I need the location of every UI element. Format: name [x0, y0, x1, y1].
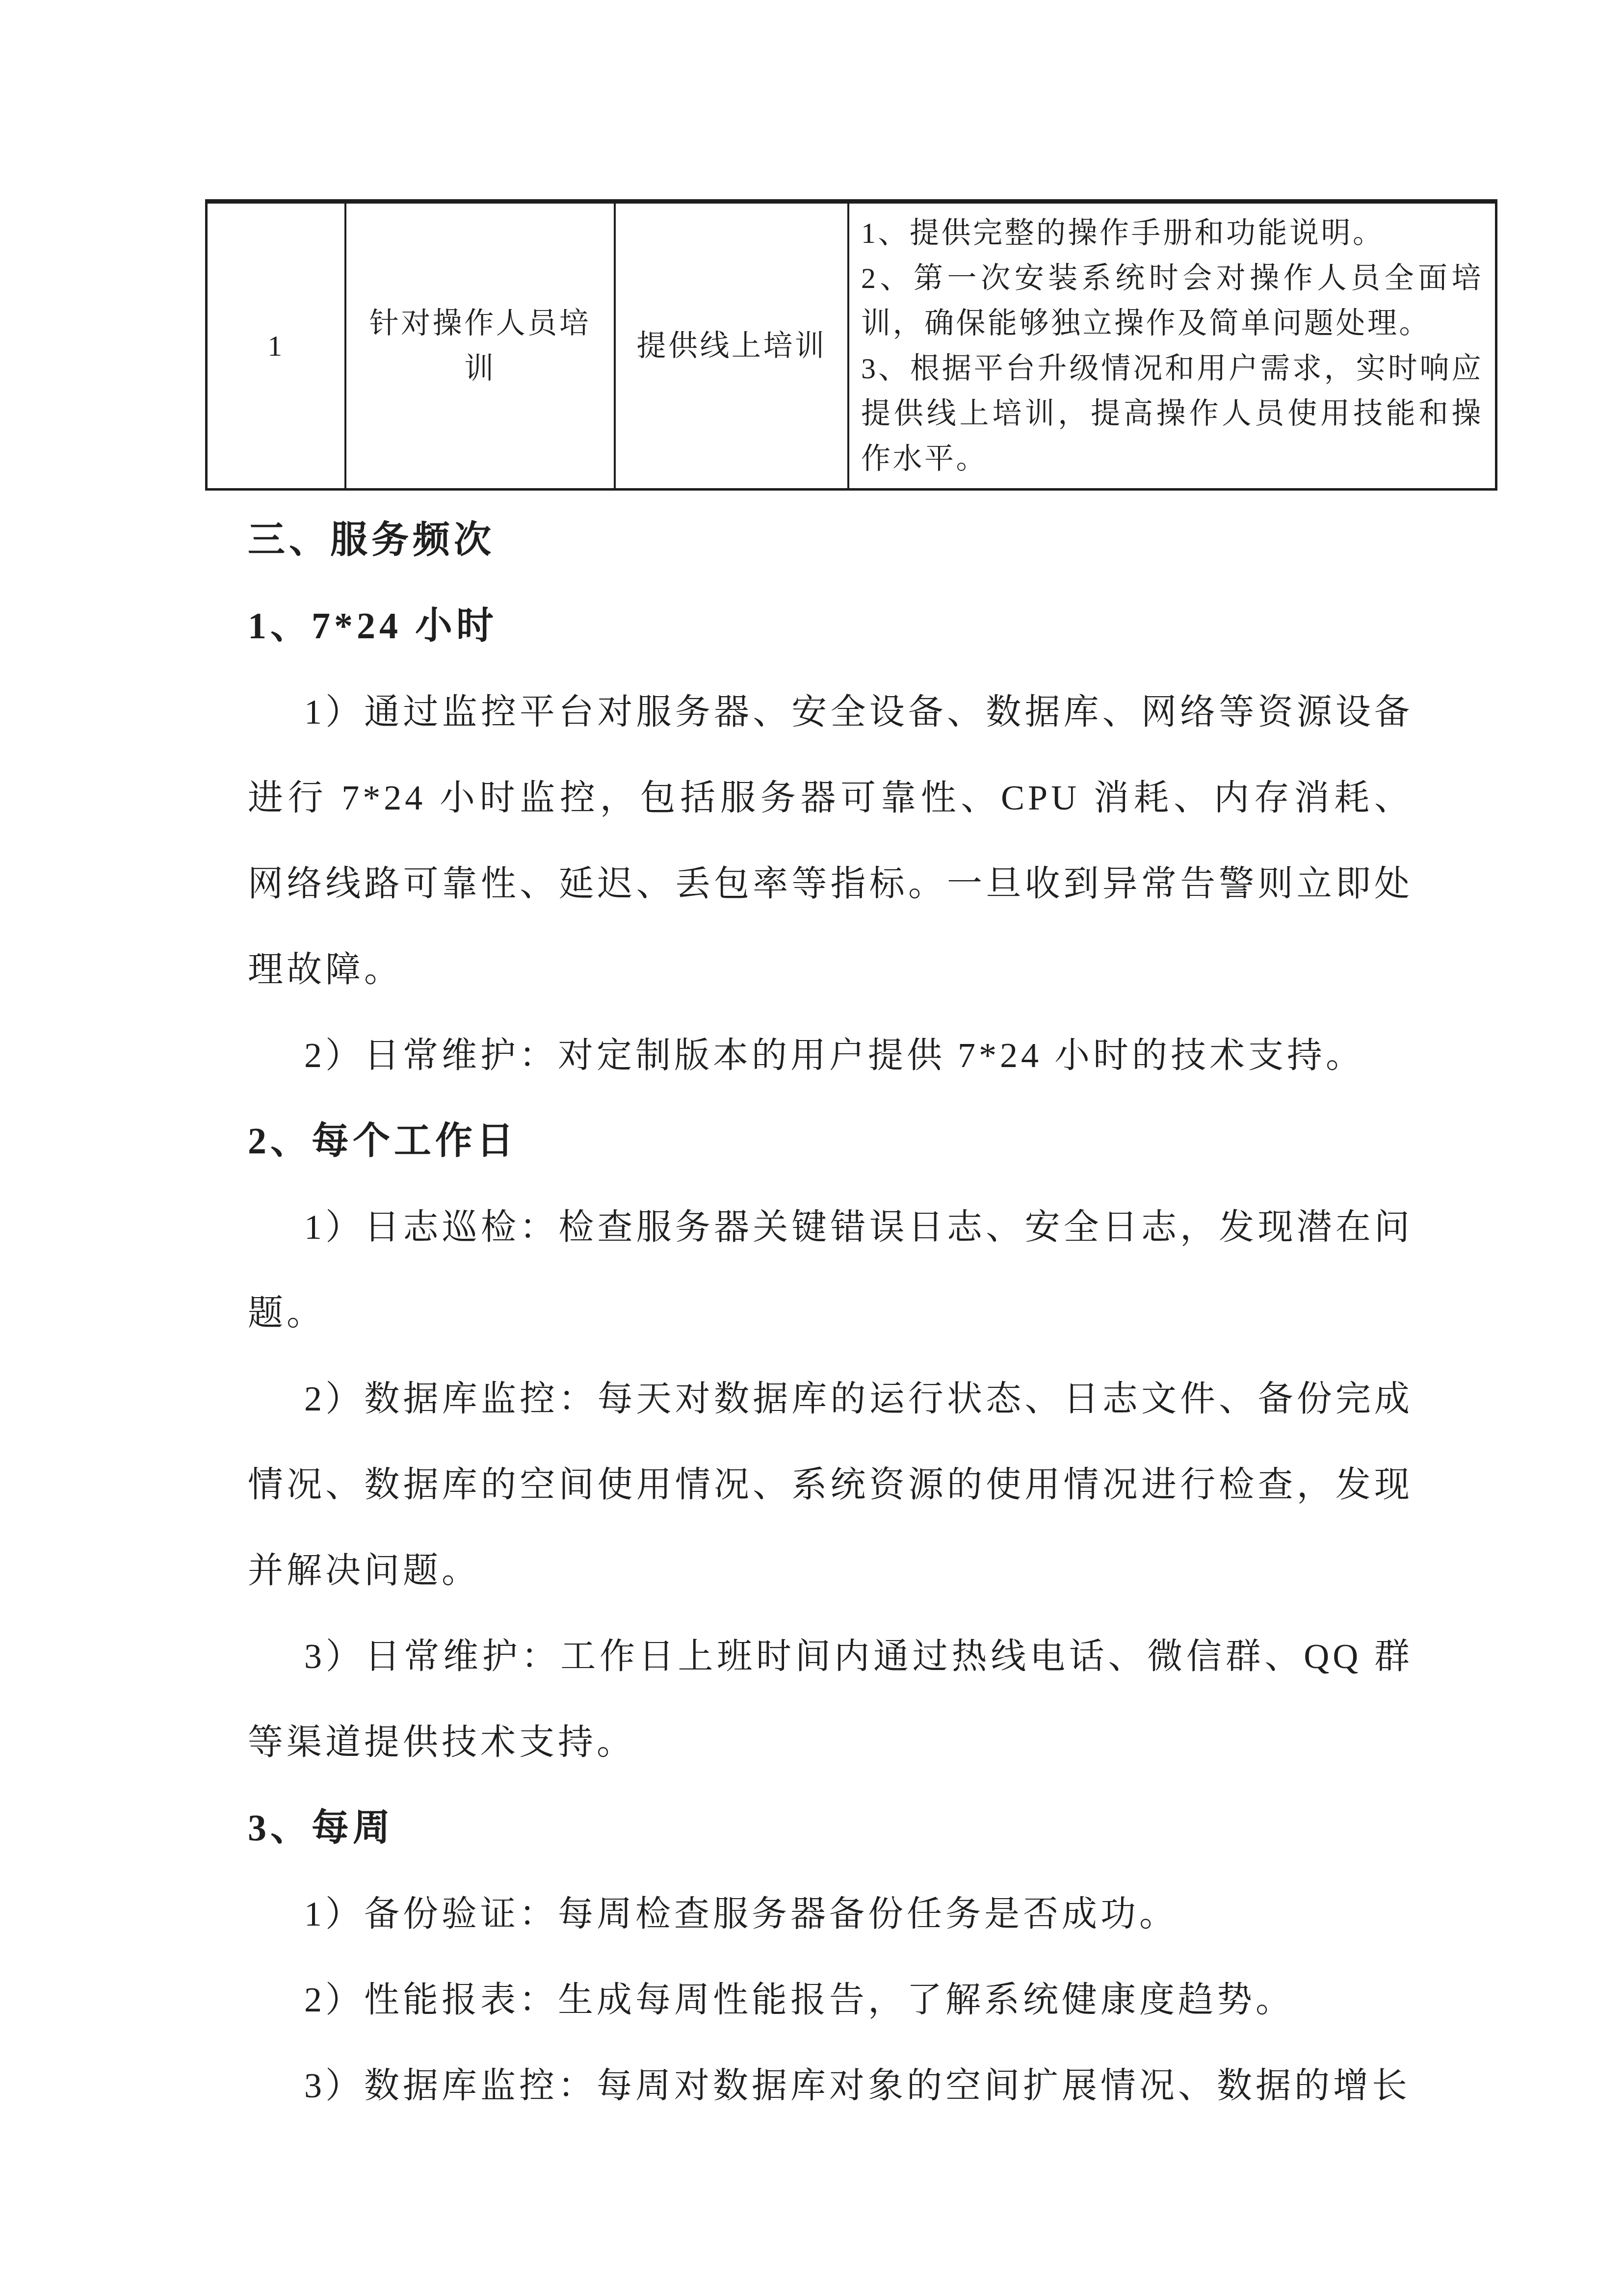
- paragraph-7x24-monitoring: 1）通过监控平台对服务器、安全设备、数据库、网络等资源设备进行 7*24 小时监…: [248, 669, 1413, 1013]
- paragraph-backup-verification: 1）备份验证：每周检查服务器备份任务是否成功。: [248, 1871, 1413, 1957]
- detail-line-1: 1、提供完整的操作手册和功能说明。: [861, 210, 1483, 256]
- subheading-7x24: 1、7*24 小时: [248, 583, 1413, 669]
- service-details-cell: 1、提供完整的操作手册和功能说明。 2、第一次安装系统时会对操作人员全面培训，确…: [848, 202, 1496, 490]
- subheading-weekly: 3、每周: [248, 1785, 1413, 1871]
- table-row: 1 针对操作人员培训 提供线上培训 1、提供完整的操作手册和功能说明。 2、第一…: [207, 202, 1496, 490]
- document-body: 三、服务频次 1、7*24 小时 1）通过监控平台对服务器、安全设备、数据库、网…: [248, 497, 1413, 2129]
- detail-line-2: 2、第一次安装系统时会对操作人员全面培训，确保能够独立操作及简单问题处理。: [861, 256, 1483, 346]
- service-table: 1 针对操作人员培训 提供线上培训 1、提供完整的操作手册和功能说明。 2、第一…: [205, 199, 1497, 491]
- service-item-cell: 针对操作人员培训: [345, 202, 615, 490]
- paragraph-performance-report: 2）性能报表：生成每周性能报告，了解系统健康度趋势。: [248, 1957, 1413, 2043]
- paragraph-daily-maintenance: 3）日常维护：工作日上班时间内通过热线电话、微信群、QQ 群等渠道提供技术支持。: [248, 1614, 1413, 1785]
- section-heading-frequency: 三、服务频次: [248, 497, 1413, 583]
- detail-line-3: 3、根据平台升级情况和用户需求，实时响应提供线上培训，提高操作人员使用技能和操作…: [861, 346, 1483, 481]
- paragraph-database-weekly: 3）数据库监控：每周对数据库对象的空间扩展情况、数据的增长: [248, 2043, 1413, 2129]
- paragraph-database-daily: 2）数据库监控：每天对数据库的运行状态、日志文件、备份完成情况、数据库的空间使用…: [248, 1356, 1413, 1614]
- row-number-cell: 1: [207, 202, 346, 490]
- service-mode-cell: 提供线上培训: [615, 202, 848, 490]
- document-page: 1 针对操作人员培训 提供线上培训 1、提供完整的操作手册和功能说明。 2、第一…: [0, 0, 1624, 2296]
- paragraph-7x24-maintenance: 2）日常维护：对定制版本的用户提供 7*24 小时的技术支持。: [248, 1013, 1413, 1098]
- subheading-workday: 2、每个工作日: [248, 1098, 1413, 1184]
- paragraph-log-inspection: 1）日志巡检：检查服务器关键错误日志、安全日志，发现潜在问题。: [248, 1184, 1413, 1356]
